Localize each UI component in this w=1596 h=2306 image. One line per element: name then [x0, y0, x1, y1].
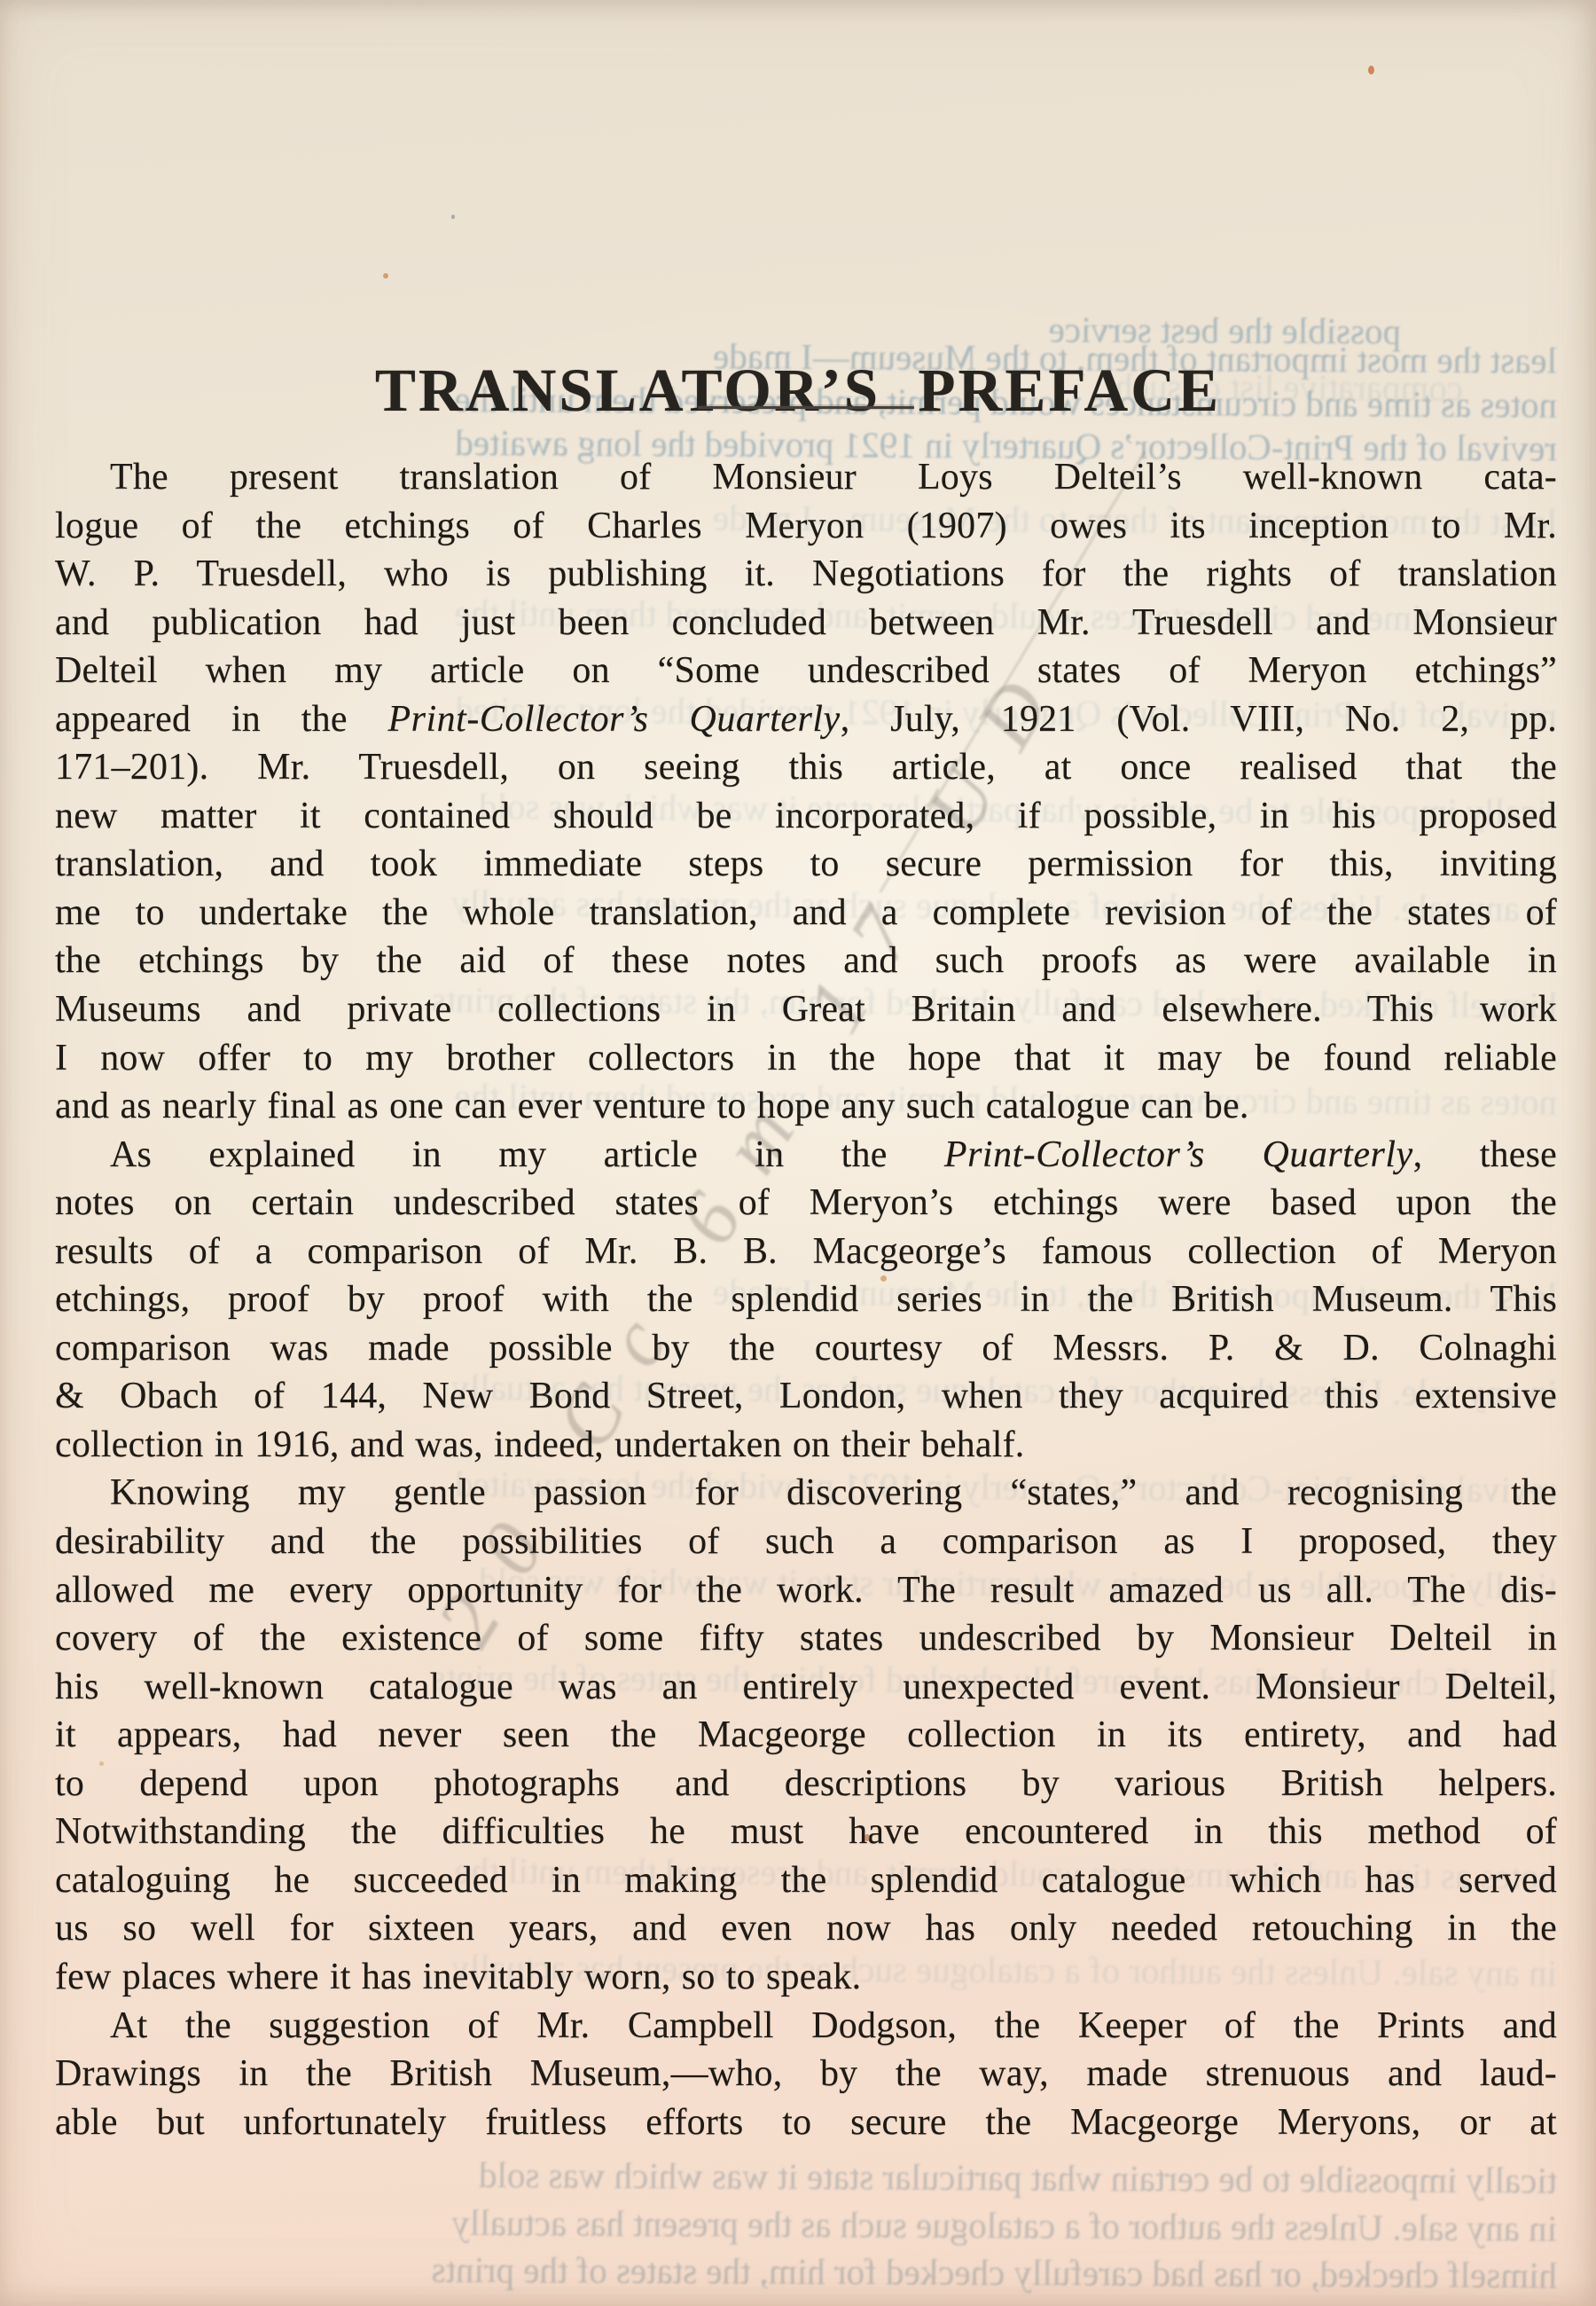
text-run: , July, 1921 (Vol. VIII, No. 2, pp.: [841, 699, 1557, 740]
journal-title-italic: Print-Collector’s Quarterly: [388, 699, 841, 740]
page-title: TRANSLATOR’S PREFACE: [0, 360, 1596, 421]
text-line: comparison was made possible by the cour…: [55, 1324, 1557, 1373]
text-run: As explained in my article in the: [110, 1134, 944, 1175]
text-line: able but unfortunately fruitless efforts…: [55, 2098, 1557, 2147]
text-line: Notwithstanding the difficulties he must…: [55, 1808, 1557, 1856]
text-line: appeared in the Print-Collector’s Quarte…: [55, 695, 1557, 744]
text-line: and as nearly final as one can ever vent…: [55, 1082, 1557, 1131]
book-page-scan: possible the best service least the most…: [0, 0, 1596, 2306]
text-line: W. P. Truesdell, who is publishing it. N…: [55, 550, 1557, 599]
text-line: notes on certain undescribed states of M…: [55, 1179, 1557, 1228]
text-line: the etchings by the aid of these notes a…: [55, 937, 1557, 985]
paper-speck: [99, 1761, 104, 1766]
text-line: results of a comparison of Mr. B. B. Mac…: [55, 1228, 1557, 1276]
text-line: The present translation of Monsieur Loys…: [55, 453, 1557, 502]
bleedthrough-line: tically impossible to be certain what pa…: [55, 2153, 1557, 2201]
text-line: collection in 1916, and was, indeed, und…: [55, 1421, 1557, 1470]
text-line: allowed me every opportunity for the wor…: [55, 1566, 1557, 1615]
paper-speck: [383, 273, 388, 278]
bleedthrough-line: himself checked, or has had carefully ch…: [55, 2248, 1557, 2296]
text-line: few places where it has inevitably worn,…: [55, 1953, 1557, 2002]
text-run: appeared in the: [55, 699, 388, 740]
text-line: As explained in my article in the Print-…: [55, 1131, 1557, 1180]
text-line: Delteil when my article on “Some undescr…: [55, 647, 1557, 695]
text-line: his well-known catalogue was an entirely…: [55, 1663, 1557, 1712]
text-line: & Obach of 144, New Bond Street, London,…: [55, 1372, 1557, 1421]
title-rule-divider: [698, 406, 914, 409]
text-line: etchings, proof by proof with the splend…: [55, 1275, 1557, 1324]
text-line: it appears, had never seen the Macgeorge…: [55, 1711, 1557, 1760]
text-line: me to undertake the whole translation, a…: [55, 889, 1557, 937]
text-line: Drawings in the British Museum,—who, by …: [55, 2050, 1557, 2098]
paper-speck: [451, 215, 455, 219]
text-line: us so well for sixteen years, and even n…: [55, 1904, 1557, 1953]
text-line: logue of the etchings of Charles Meryon …: [55, 502, 1557, 551]
preface-body: The present translation of Monsieur Loys…: [55, 453, 1557, 2146]
text-line: covery of the existence of some fifty st…: [55, 1614, 1557, 1663]
text-line: to depend upon photographs and descripti…: [55, 1760, 1557, 1808]
bleedthrough-line: in any sale. Unless the author of a cata…: [55, 2201, 1557, 2249]
text-line: translation, and took immediate steps to…: [55, 840, 1557, 889]
text-line: Museums and private collections in Great…: [55, 985, 1557, 1034]
text-line: cataloguing he succeeded in making the s…: [55, 1856, 1557, 1905]
text-line: At the suggestion of Mr. Campbell Dodgso…: [55, 2002, 1557, 2051]
text-line: 171–201). Mr. Truesdell, on seeing this …: [55, 743, 1557, 792]
paper-speck: [880, 1275, 887, 1282]
text-run: , these: [1413, 1134, 1557, 1175]
text-line: desirability and the possibilities of su…: [55, 1518, 1557, 1566]
paper-speck: [864, 1834, 870, 1841]
paper-speck: [1368, 66, 1374, 75]
text-line: I now offer to my brother collectors in …: [55, 1034, 1557, 1083]
journal-title-italic: Print-Collector’s Quarterly: [944, 1134, 1413, 1175]
text-line: new matter it contained should be incorp…: [55, 792, 1557, 841]
text-line: and publication had just been concluded …: [55, 599, 1557, 647]
text-line: Knowing my gentle passion for discoverin…: [55, 1469, 1557, 1518]
